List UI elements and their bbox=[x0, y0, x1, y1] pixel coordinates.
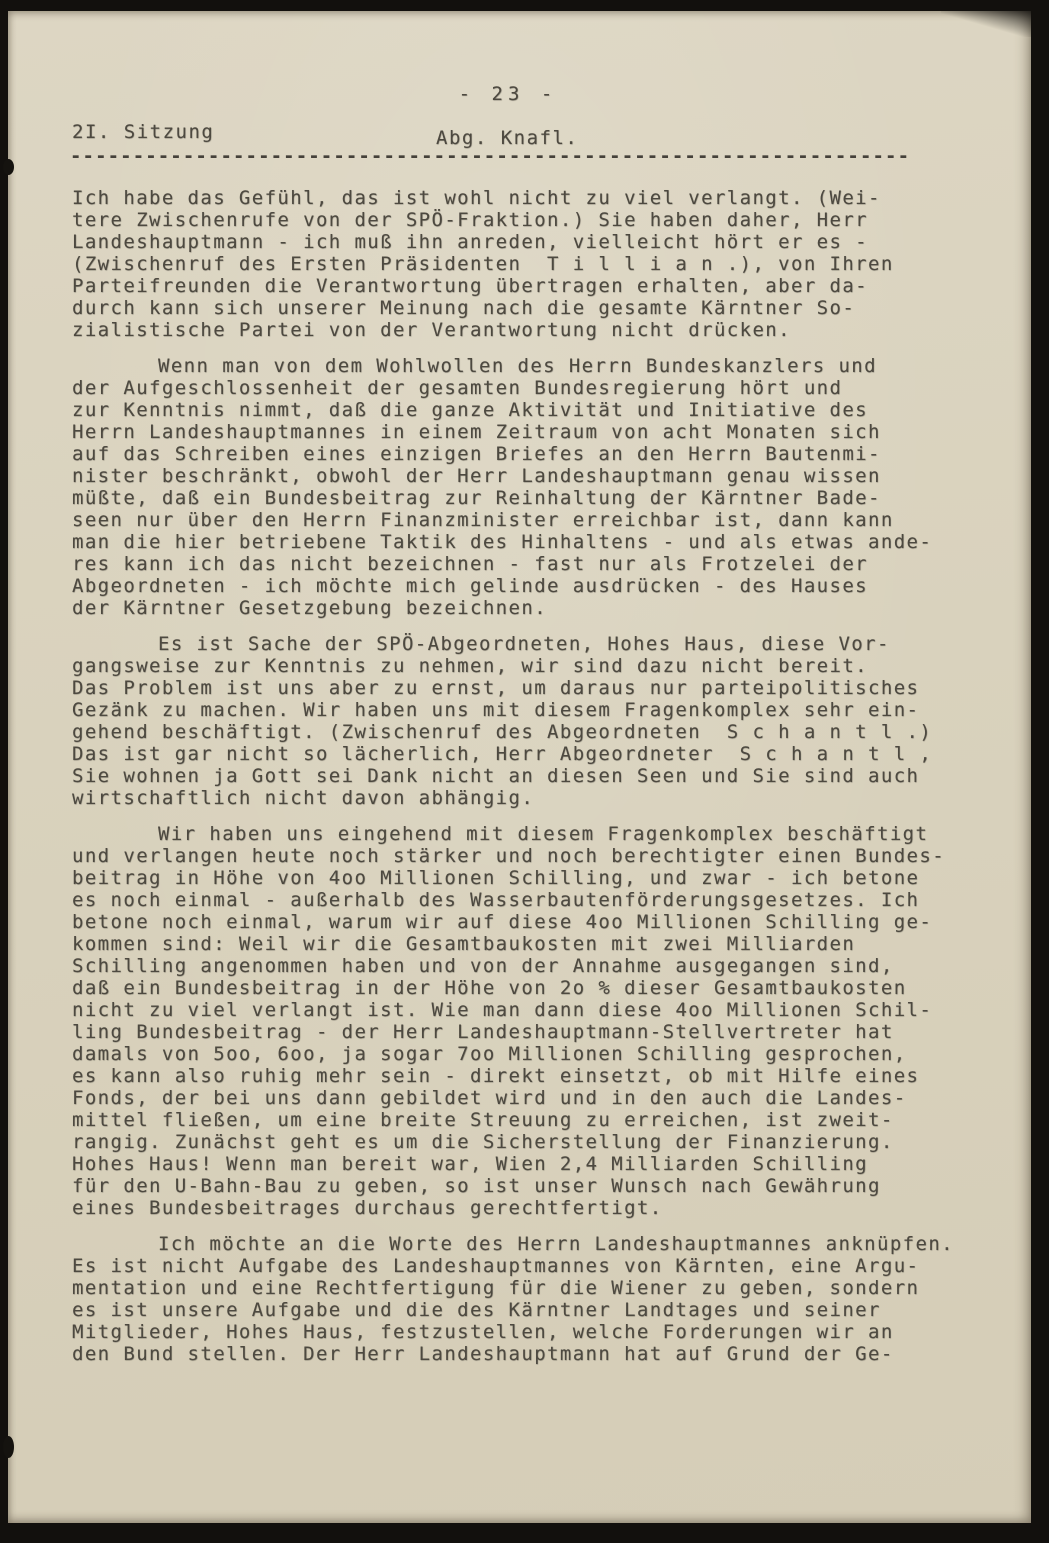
scan-corner-shadow bbox=[941, 11, 1031, 37]
header-row: 2I. Sitzung Abg. Knafl. bbox=[8, 121, 1031, 147]
scan-edge-artifact bbox=[3, 159, 14, 175]
paragraph: Wir haben uns eingehend mit diesem Frage… bbox=[72, 823, 972, 1219]
paper-sheet: - 23 - 2I. Sitzung Abg. Knafl. ---------… bbox=[8, 11, 1031, 1523]
speech-text: Ich habe das Gefühl, das ist wohl nicht … bbox=[72, 187, 972, 1379]
scanned-page: - 23 - 2I. Sitzung Abg. Knafl. ---------… bbox=[0, 0, 1049, 1543]
paragraph: Es ist Sache der SPÖ-Abgeordneten, Hohes… bbox=[72, 633, 972, 809]
paragraph: Ich habe das Gefühl, das ist wohl nicht … bbox=[72, 187, 972, 341]
scan-edge-artifact bbox=[3, 1436, 14, 1458]
paragraph: Ich möchte an die Worte des Herrn Landes… bbox=[72, 1233, 972, 1365]
paragraph: Wenn man von dem Wohlwollen des Herrn Bu… bbox=[72, 355, 972, 619]
page-number: - 23 - bbox=[72, 83, 944, 105]
session-label: 2I. Sitzung bbox=[72, 121, 214, 143]
header-divider-line: ----------------------------------------… bbox=[70, 145, 960, 167]
